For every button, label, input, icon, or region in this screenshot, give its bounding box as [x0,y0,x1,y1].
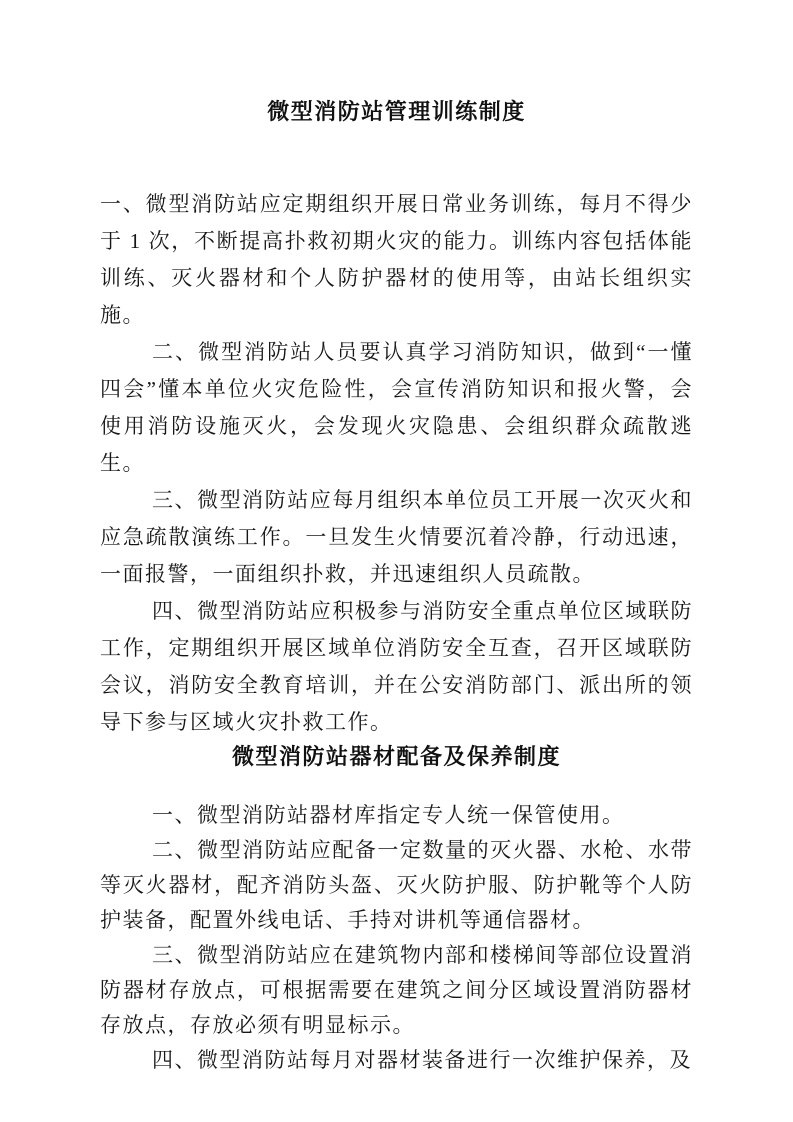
paragraph: 二、微型消防站人员要认真学习消防知识，做到“一懂四会”懂本单位火灾危险性，会宣传… [100,334,693,482]
paragraph: 三、微型消防站应每月组织本单位员工开展一次灭火和应急疏散演练工作。一旦发生火情要… [100,482,693,593]
section-title: 微型消防站管理训练制度 [100,96,693,128]
paragraph: 四、微型消防站应积极参与消防安全重点单位区域联防工作，定期组织开展区域单位消防安… [100,593,693,741]
paragraph: 一、微型消防站应定期组织开展日常业务训练，每月不得少于 1 次，不断提高扑救初期… [100,186,693,334]
paragraph: 二、微型消防站应配备一定数量的灭火器、水枪、水带等灭火器材，配齐消防头盔、灭火防… [100,833,693,938]
section-title: 微型消防站器材配备及保养制度 [100,741,693,773]
document-section: 微型消防站管理训练制度一、微型消防站应定期组织开展日常业务训练，每月不得少于 1… [100,96,693,741]
paragraph: 四、微型消防站每月对器材装备进行一次维护保养，及 [100,1043,693,1078]
document-page: 微型消防站管理训练制度一、微型消防站应定期组织开展日常业务训练，每月不得少于 1… [0,0,793,1122]
document-content: 微型消防站管理训练制度一、微型消防站应定期组织开展日常业务训练，每月不得少于 1… [100,0,693,1078]
document-section: 微型消防站器材配备及保养制度一、微型消防站器材库指定专人统一保管使用。二、微型消… [100,741,693,1078]
paragraph: 一、微型消防站器材库指定专人统一保管使用。 [100,798,693,833]
paragraph: 三、微型消防站应在建筑物内部和楼梯间等部位设置消防器材存放点，可根据需要在建筑之… [100,938,693,1043]
